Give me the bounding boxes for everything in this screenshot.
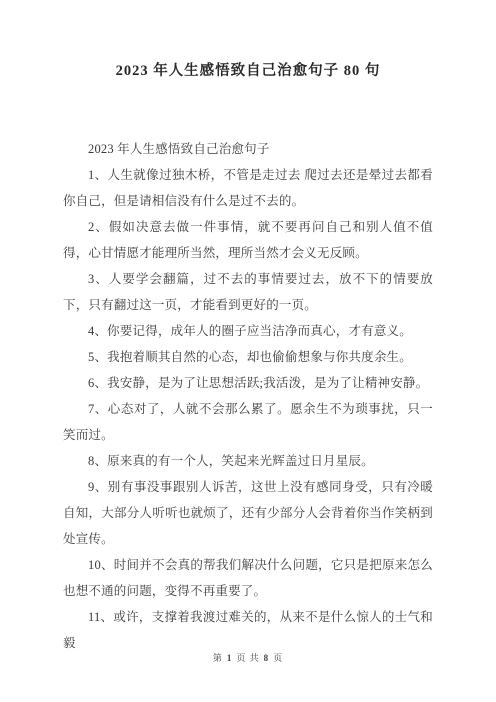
paragraph-item-8: 8、原来真的有一个人，笑起来光辉盖过日月星辰。 — [63, 448, 433, 474]
paragraph-item-11: 11、或许，支撑着我渡过难关的，从来不是什么惊人的士气和毅 — [63, 604, 433, 656]
document-title: 2023 年人生感悟致自己治愈句子 80 句 — [0, 0, 496, 80]
paragraph-item-10: 10、时间并不会真的帮我们解决什么问题，它只是把原来怎么也想不通的问题，变得不再… — [63, 552, 433, 604]
paragraph-item-3: 3、人要学会翻篇，过不去的事情要过去，放不下的情要放下，只有翻过这一页，才能看到… — [63, 266, 433, 318]
paragraph-item-9: 9、别有事没事跟别人诉苦，这世上没有感同身受，只有冷暖自知，大部分人听听也就烦了… — [63, 474, 433, 552]
footer-label-of: 页 共 — [236, 653, 259, 663]
total-page-number: 8 — [264, 653, 270, 663]
paragraph-item-4: 4、你要记得，成年人的圈子应当洁净而真心，才有意义。 — [63, 318, 433, 344]
paragraph-item-1: 1、人生就像过独木桥，不管是走过去 爬过去还是晕过去都看你自己，但是请相信没有什… — [63, 162, 433, 214]
paragraph-item-6: 6、我安静，是为了让思想活跃;我活泼，是为了让精神安静。 — [63, 370, 433, 396]
page-footer: 第1页 共8页 — [0, 651, 496, 664]
paragraph-item-7: 7、心态对了，人就不会那么累了。愿余生不为琐事扰，只一笑而过。 — [63, 396, 433, 448]
footer-label-pages: 页 — [273, 653, 283, 663]
footer-label-page: 第 — [213, 653, 223, 663]
paragraph-subtitle: 2023 年人生感悟致自己治愈句子 — [63, 136, 433, 162]
paragraph-item-2: 2、假如决意去做一件事情，就不要再问自己和别人值不值得，心甘情愿才能理所当然，理… — [63, 214, 433, 266]
current-page-number: 1 — [227, 653, 233, 663]
document-page: 2023 年人生感悟致自己治愈句子 80 句 2023 年人生感悟致自己治愈句子… — [0, 0, 496, 702]
document-body: 2023 年人生感悟致自己治愈句子 1、人生就像过独木桥，不管是走过去 爬过去还… — [63, 136, 433, 656]
paragraph-item-5: 5、我抱着顺其自然的心态，却也偷偷想象与你共度余生。 — [63, 344, 433, 370]
